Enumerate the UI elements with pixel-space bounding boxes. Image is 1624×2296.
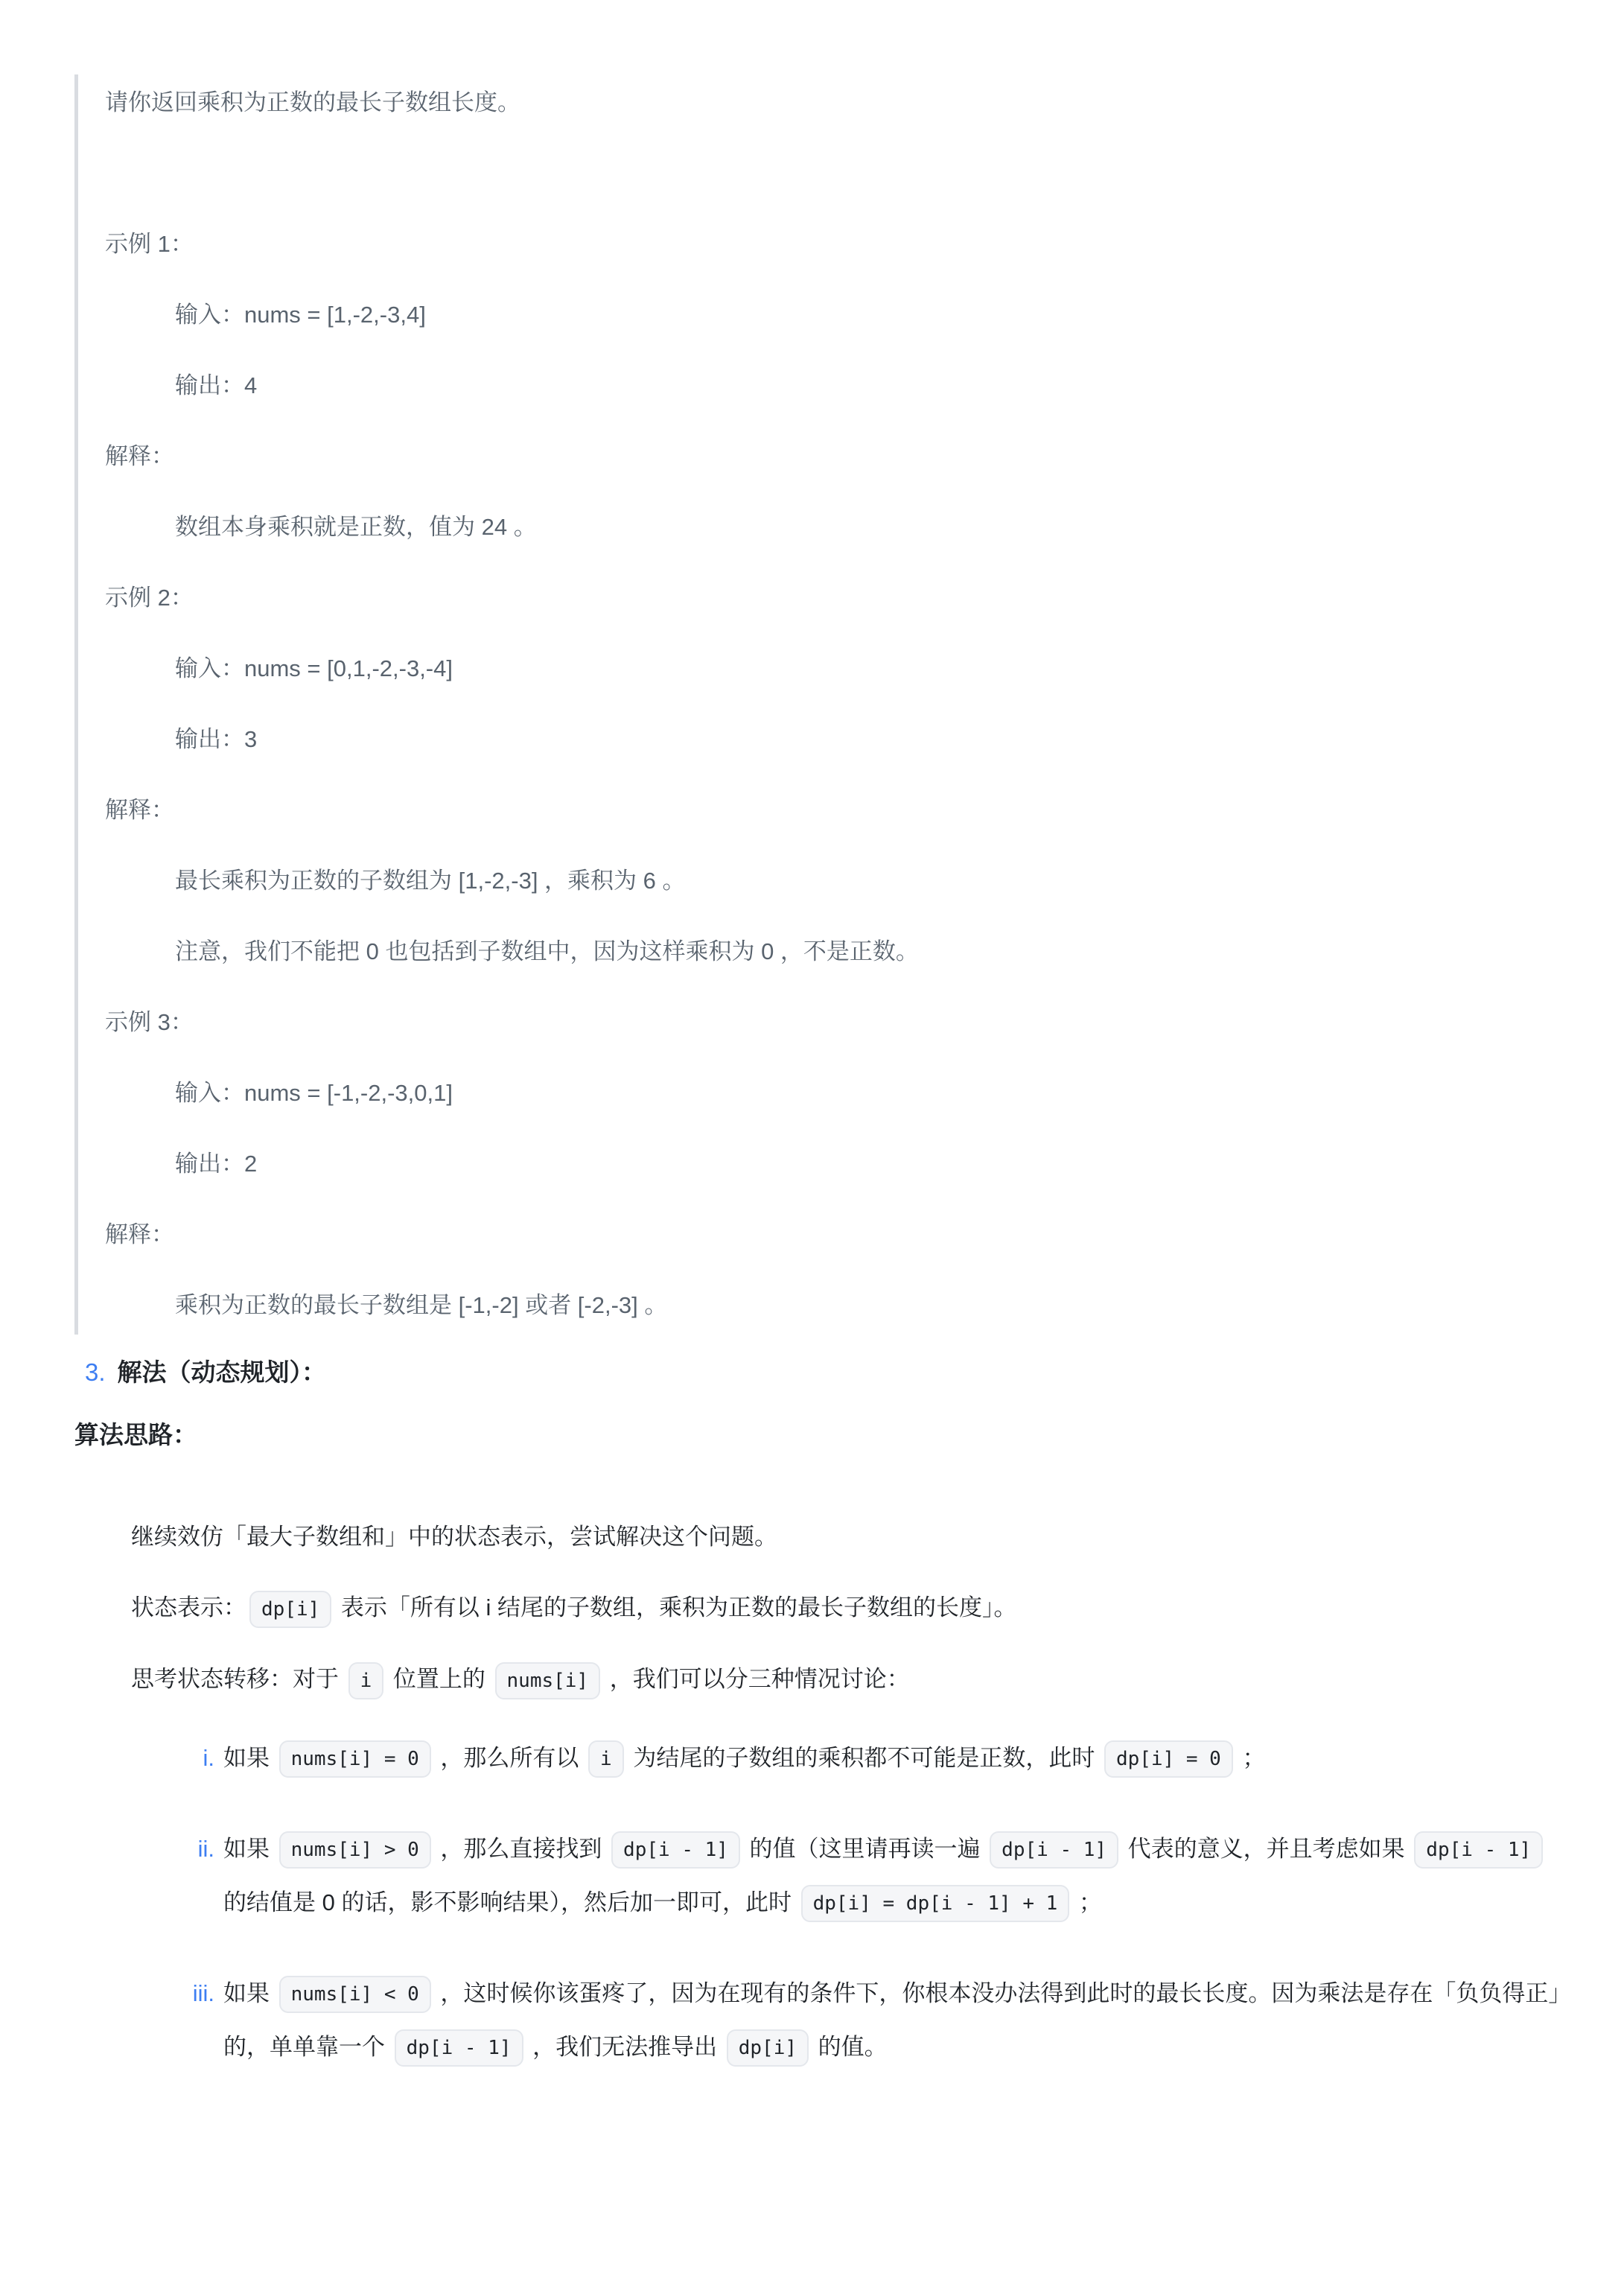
text-run: ，那么所有以 [434, 1745, 585, 1771]
explanation-line: 数组本身乘积就是正数，值为 24 。 [105, 509, 1561, 544]
explanation-label: 解释： [105, 1217, 1561, 1252]
explanation-label: 解释： [105, 439, 1561, 474]
text-run: 状态表示： [131, 1594, 246, 1621]
text-run: 思考状态转移：对于 [131, 1666, 346, 1692]
example-input-line: 输入：nums = [1,-2,-3,4] [105, 297, 1561, 332]
solution-paragraph: 思考状态转移：对于 i 位置上的 nums[i] ，我们可以分三种情况讨论： [131, 1660, 1561, 1699]
inline-code: dp[i - 1] [990, 1831, 1118, 1869]
case-marker: iii. [176, 1967, 214, 2020]
text-run: 的值（这里请再读一遍 [743, 1836, 987, 1862]
text-run: ，我们无法推导出 [526, 2034, 724, 2060]
explanation-label: 解释： [105, 792, 1561, 827]
case-item: i.如果 nums[i] = 0 ，那么所有以 i 为结尾的子数组的乘积都不可能… [223, 1731, 1561, 1785]
case-list: i.如果 nums[i] = 0 ，那么所有以 i 为结尾的子数组的乘积都不可能… [74, 1731, 1561, 2074]
inline-code: nums[i] [495, 1662, 601, 1699]
example-title: 示例 3： [105, 1005, 1561, 1040]
text-run: 如果 [223, 1836, 276, 1862]
explanation-line: 最长乘积为正数的子数组为 [1,-2,-3] ，乘积为 6 。 [105, 863, 1561, 898]
problem-statement-quote: 请你返回乘积为正数的最长子数组长度。 示例 1： 输入：nums = [1,-2… [74, 74, 1561, 1335]
case-item: ii.如果 nums[i] > 0 ，那么直接找到 dp[i - 1] 的值（这… [223, 1822, 1561, 1930]
text-run: 位置上的 [386, 1666, 491, 1692]
example-output-line: 输出：3 [105, 722, 1561, 757]
inline-code: nums[i] = 0 [279, 1740, 431, 1778]
inline-code: dp[i] = 0 [1104, 1740, 1233, 1778]
case-marker: i. [176, 1731, 214, 1785]
inline-code: dp[i - 1] [395, 2029, 523, 2067]
problem-intro: 请你返回乘积为正数的最长子数组长度。 [105, 85, 1561, 120]
section-number: 3. [85, 1355, 106, 1390]
text-run: ，我们可以分三种情况讨论： [603, 1666, 910, 1692]
example-output-line: 输出：4 [105, 368, 1561, 403]
text-run: 如果 [223, 1980, 276, 2006]
text-run: 代表的意义，并且考虑如果 [1121, 1836, 1411, 1862]
case-item: iii.如果 nums[i] < 0 ，这时候你该蛋疼了，因为在现有的条件下，你… [223, 1967, 1561, 2074]
subsection-title: 算法思路： [74, 1418, 1561, 1452]
text-run: ； [1236, 1745, 1266, 1771]
quote-spacer [105, 156, 1561, 191]
inline-code: dp[i - 1] [611, 1831, 740, 1869]
article-page: 请你返回乘积为正数的最长子数组长度。 示例 1： 输入：nums = [1,-2… [0, 0, 1624, 2074]
solution-paragraph: 继续效仿「最大子数组和」中的状态表示，尝试解决这个问题。 [131, 1518, 1561, 1556]
section-title: 解法（动态规划）： [118, 1355, 327, 1390]
example-title: 示例 1： [105, 226, 1561, 261]
text-run: ，那么直接找到 [434, 1836, 608, 1862]
example-title: 示例 2： [105, 580, 1561, 615]
inline-code: dp[i] [249, 1591, 331, 1628]
text-run: 的结值是 0 的话，影不影响结果），然后加一即可，此时 [223, 1889, 798, 1915]
inline-code: nums[i] > 0 [279, 1831, 431, 1869]
text-run: ； [1072, 1889, 1102, 1915]
solution-paragraph: 状态表示：dp[i] 表示「所有以 i 结尾的子数组，乘积为正数的最长子数组的长… [131, 1589, 1561, 1628]
inline-code: dp[i] [727, 2029, 809, 2067]
inline-code: dp[i - 1] [1414, 1831, 1543, 1869]
explanation-line: 乘积为正数的最长子数组是 [-1,-2] 或者 [-2,-3] 。 [105, 1288, 1561, 1323]
inline-code: i [348, 1662, 384, 1699]
case-marker: ii. [176, 1822, 214, 1876]
inline-code: nums[i] < 0 [279, 1976, 431, 2013]
text-run: 如果 [223, 1745, 276, 1771]
text-run: 表示「所有以 i 结尾的子数组，乘积为正数的最长子数组的长度」。 [334, 1594, 1016, 1621]
text-run: 为结尾的子数组的乘积都不可能是正数，此时 [627, 1745, 1101, 1771]
text-run: 的值。 [812, 2034, 888, 2060]
example-input-line: 输入：nums = [0,1,-2,-3,-4] [105, 651, 1561, 686]
inline-code: dp[i] = dp[i - 1] + 1 [801, 1885, 1070, 1922]
inline-code: i [588, 1740, 624, 1778]
section-heading: 3. 解法（动态规划）： [85, 1355, 1561, 1390]
example-input-line: 输入：nums = [-1,-2,-3,0,1] [105, 1075, 1561, 1110]
explanation-line: 注意，我们不能把 0 也包括到子数组中，因为这样乘积为 0 ，不是正数。 [105, 934, 1561, 969]
example-output-line: 输出：2 [105, 1146, 1561, 1181]
